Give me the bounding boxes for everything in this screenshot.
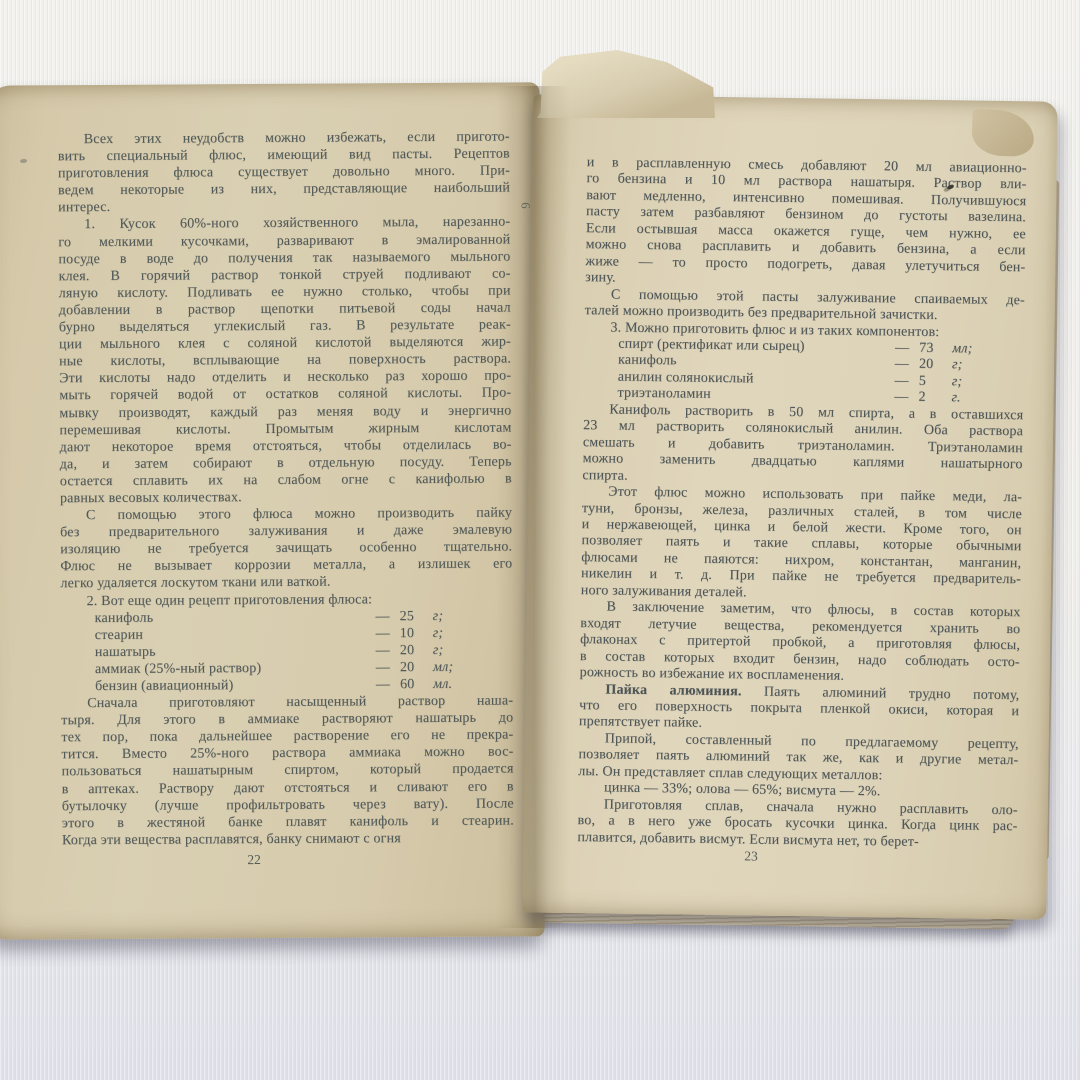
text-line: Когда эти вещества расплавятся, банку сн… [62,829,514,849]
photo-open-book: Всех этих неудобств можно избежать, если… [0,0,1080,1080]
text-line: мыть горячей водой от остатков соляной к… [59,385,511,405]
right-page-text: и в расплавленную смесь добавляют 20 мл … [577,155,1027,852]
left-page-number: 22 [234,852,274,868]
right-page: и в расплавленную смесь добавляют 20 мл … [522,94,1057,919]
text-line: ведем некоторые из них, представляющие н… [58,180,510,200]
torn-page-fragment [537,50,715,118]
text-line: мывку производят, каждый раз меняя воду … [59,402,511,422]
text-line: 1. Кусок 60%-ного хозяйственного мыла, н… [58,214,510,234]
right-page-number: 23 [731,848,771,865]
text-line: пользоваться нашатырным спиртом, который… [62,761,514,781]
text-line: остается сплавить их на слабом огне с ка… [60,470,512,490]
text-line: этого в жестяной банке плавят канифоль и… [62,812,514,832]
book: Всех этих неудобств можно избежать, если… [0,0,1080,1080]
left-page: Всех этих неудобств можно избежать, если… [0,82,545,939]
signature-mark: 6 [518,202,533,208]
left-page-text: Всех этих неудобств можно избежать, если… [58,128,514,849]
text-line: Флюс не вызывает коррозии металла, а изл… [60,556,512,576]
